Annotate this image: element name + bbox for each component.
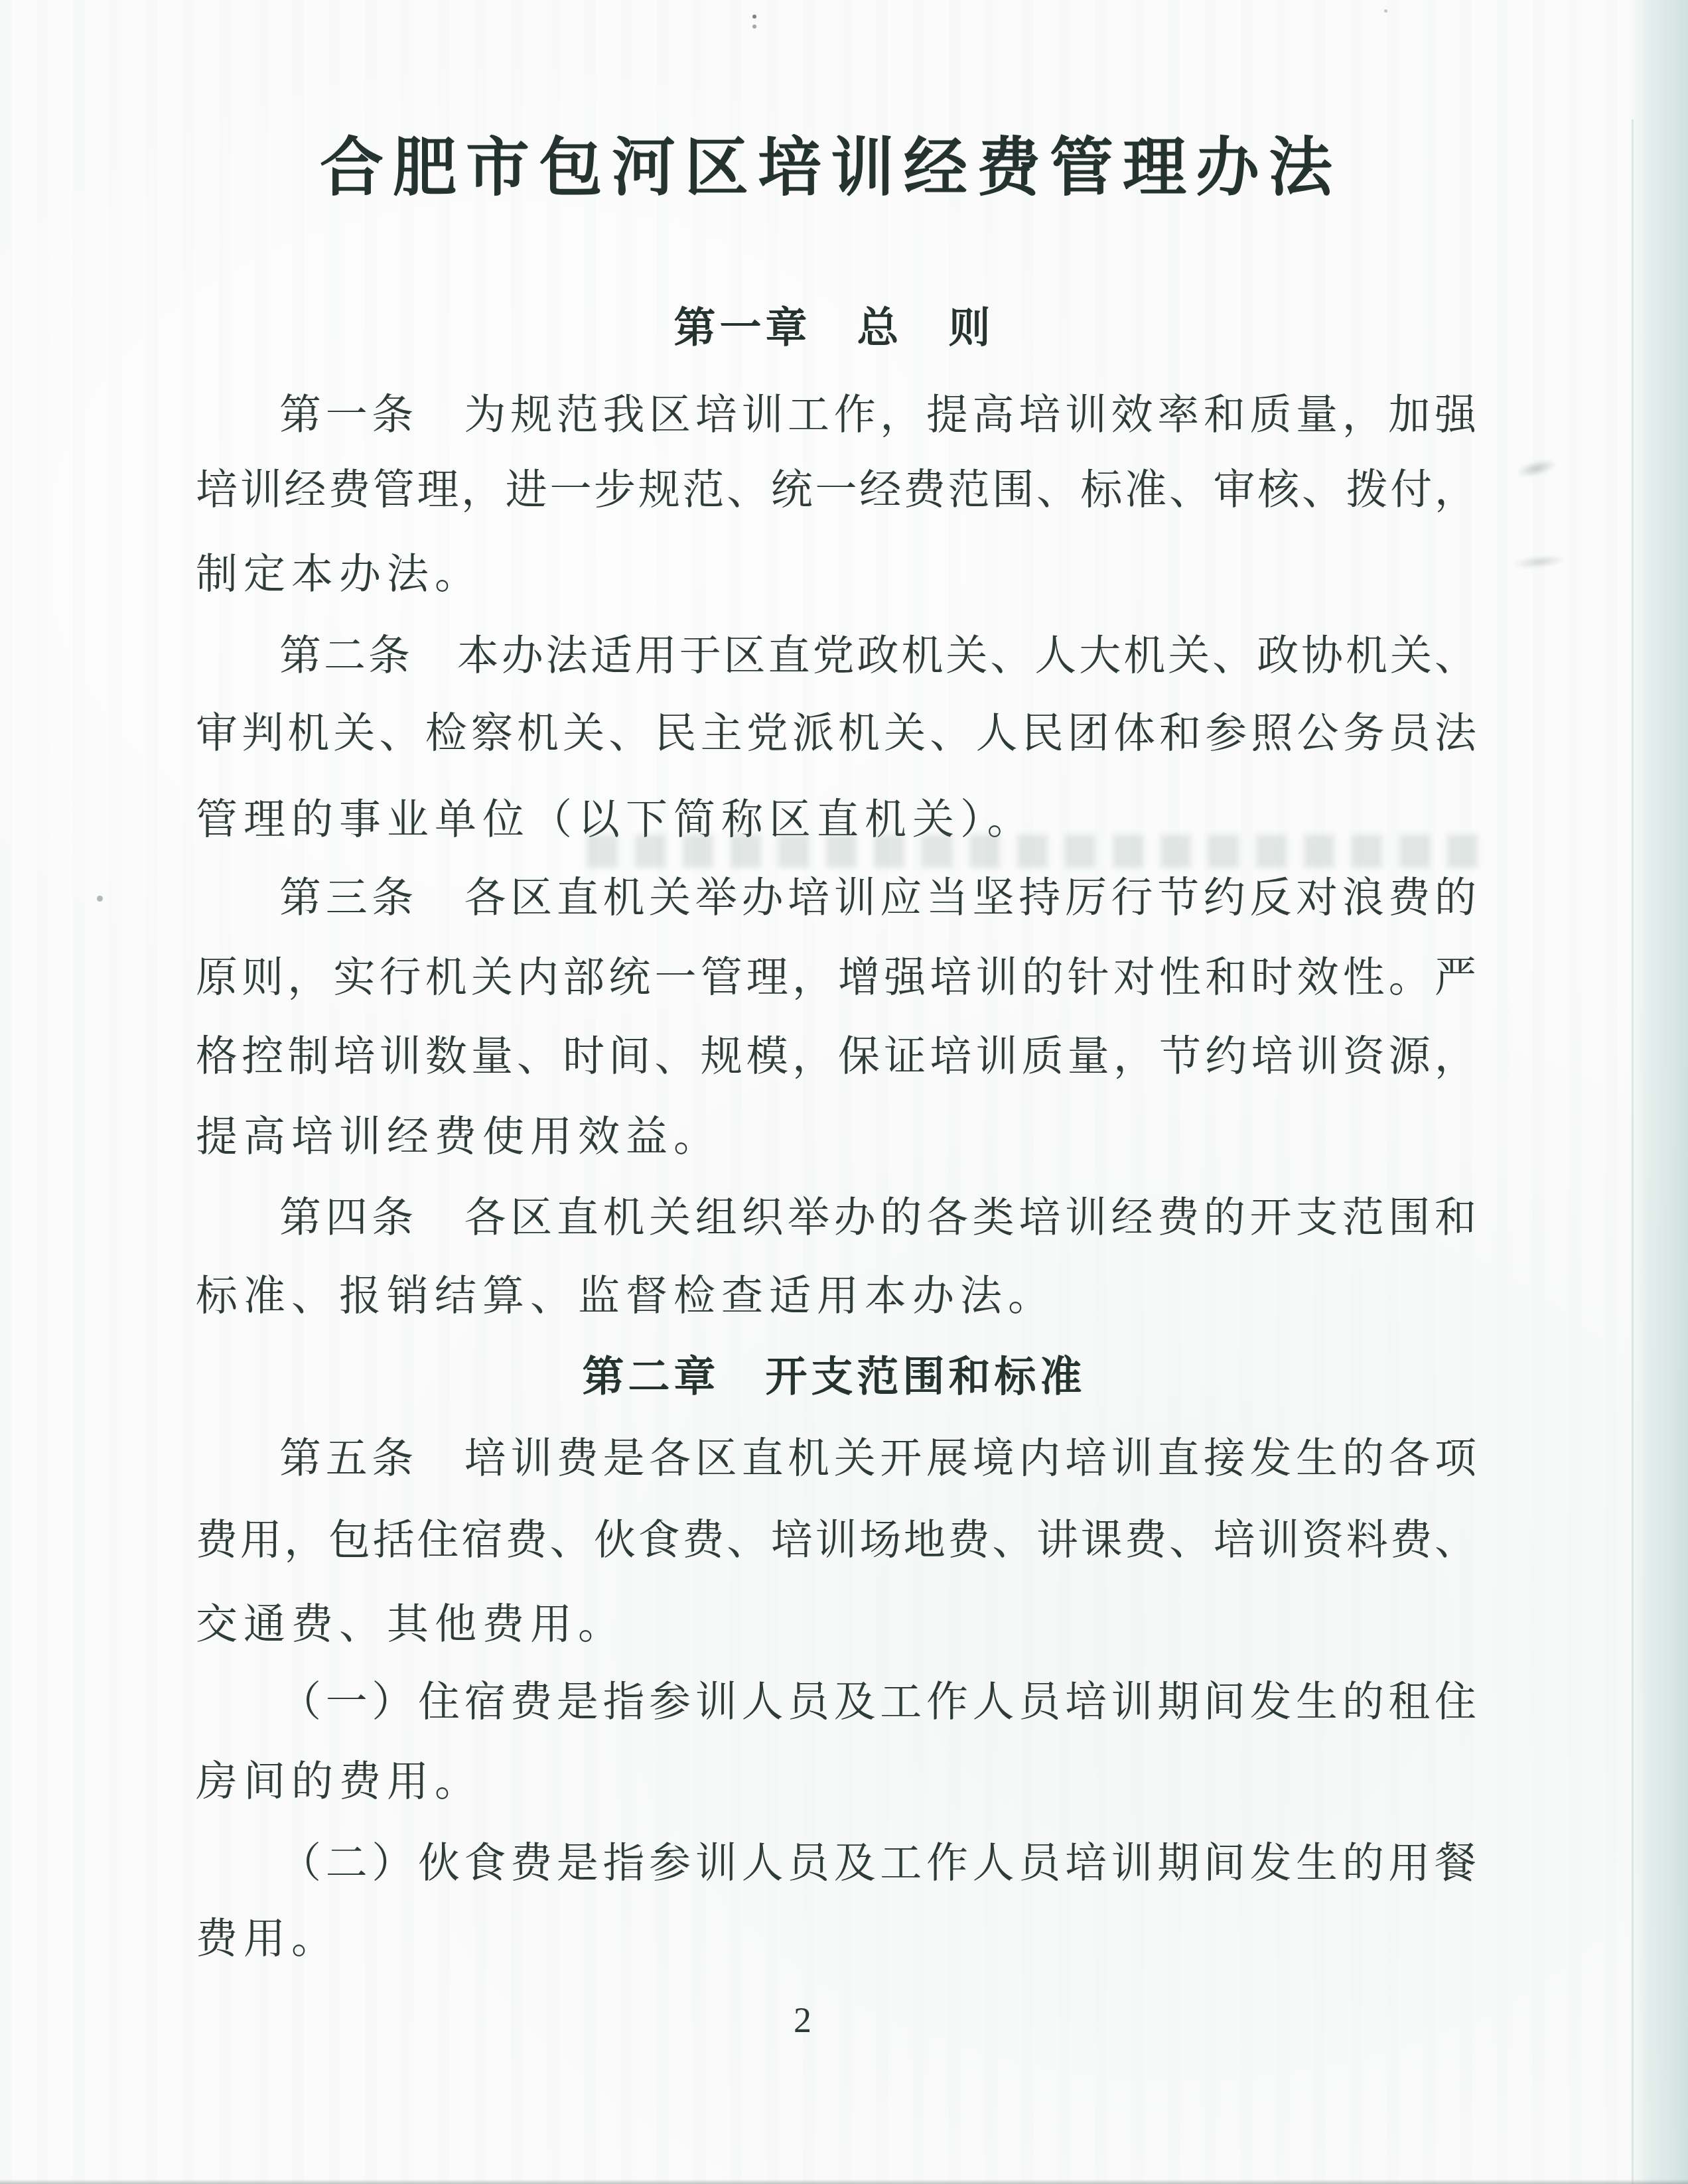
body-line: 房间的费用。 bbox=[196, 1757, 1476, 1806]
body-line: 原则，实行机关内部统一管理，增强培训的针对性和时效性。严 bbox=[196, 953, 1476, 1002]
body-line: 费用，包括住宿费、伙食费、培训场地费、讲课费、培训资料费、 bbox=[196, 1515, 1476, 1564]
body-line: 费用。 bbox=[196, 1914, 1476, 1963]
ink-smudge bbox=[1512, 553, 1566, 571]
body-line: 格控制培训数量、时间、规模，保证培训质量，节约培训资源， bbox=[196, 1032, 1476, 1081]
scanned-document-page: 合肥市包河区培训经费管理办法 第一章 总 则 第一条 为规范我区培训工作，提高培… bbox=[0, 0, 1688, 2184]
scan-edge-line bbox=[1632, 119, 1634, 2184]
body-line: 第一条 为规范我区培训工作，提高培训效率和质量，加强 bbox=[196, 390, 1476, 439]
body-line: （二）伙食费是指参训人员及工作人员培训期间发生的用餐 bbox=[196, 1838, 1476, 1887]
body-line: 制定本办法。 bbox=[196, 549, 1476, 598]
body-line: 第二条 本办法适用于区直党政机关、人大机关、政协机关、 bbox=[196, 631, 1476, 680]
page-number: 2 bbox=[794, 2000, 811, 2041]
dust-speck bbox=[752, 15, 756, 19]
body-line: 管理的事业单位（以下简称区直机关）。 bbox=[196, 795, 1476, 844]
body-line: 提高培训经费使用效益。 bbox=[196, 1112, 1476, 1161]
document-title: 合肥市包河区培训经费管理办法 bbox=[0, 133, 1661, 203]
chapter-2-heading: 第二章 开支范围和标准 bbox=[0, 1355, 1668, 1397]
body-line: （一）住宿费是指参训人员及工作人员培训期间发生的租住 bbox=[196, 1677, 1476, 1726]
body-line: 第五条 培训费是各区直机关开展境内培训直接发生的各项 bbox=[196, 1434, 1476, 1483]
ink-smudge bbox=[1515, 456, 1558, 480]
scan-bottom-edge bbox=[0, 2179, 1688, 2184]
body-line: 培训经费管理，进一步规范、统一经费范围、标准、审核、拨付， bbox=[196, 465, 1476, 514]
body-line: 交通费、其他费用。 bbox=[196, 1600, 1476, 1649]
chapter-1-heading: 第一章 总 则 bbox=[0, 307, 1668, 348]
dust-speck bbox=[97, 896, 103, 902]
dust-speck bbox=[1384, 9, 1387, 13]
body-line: 第三条 各区直机关举办培训应当坚持厉行节约反对浪费的 bbox=[196, 873, 1476, 922]
body-line: 审判机关、检察机关、民主党派机关、人民团体和参照公务员法 bbox=[196, 709, 1476, 758]
body-line: 标准、报销结算、监督检查适用本办法。 bbox=[196, 1271, 1476, 1320]
body-line: 第四条 各区直机关组织举办的各类培训经费的开支范围和 bbox=[196, 1193, 1476, 1242]
